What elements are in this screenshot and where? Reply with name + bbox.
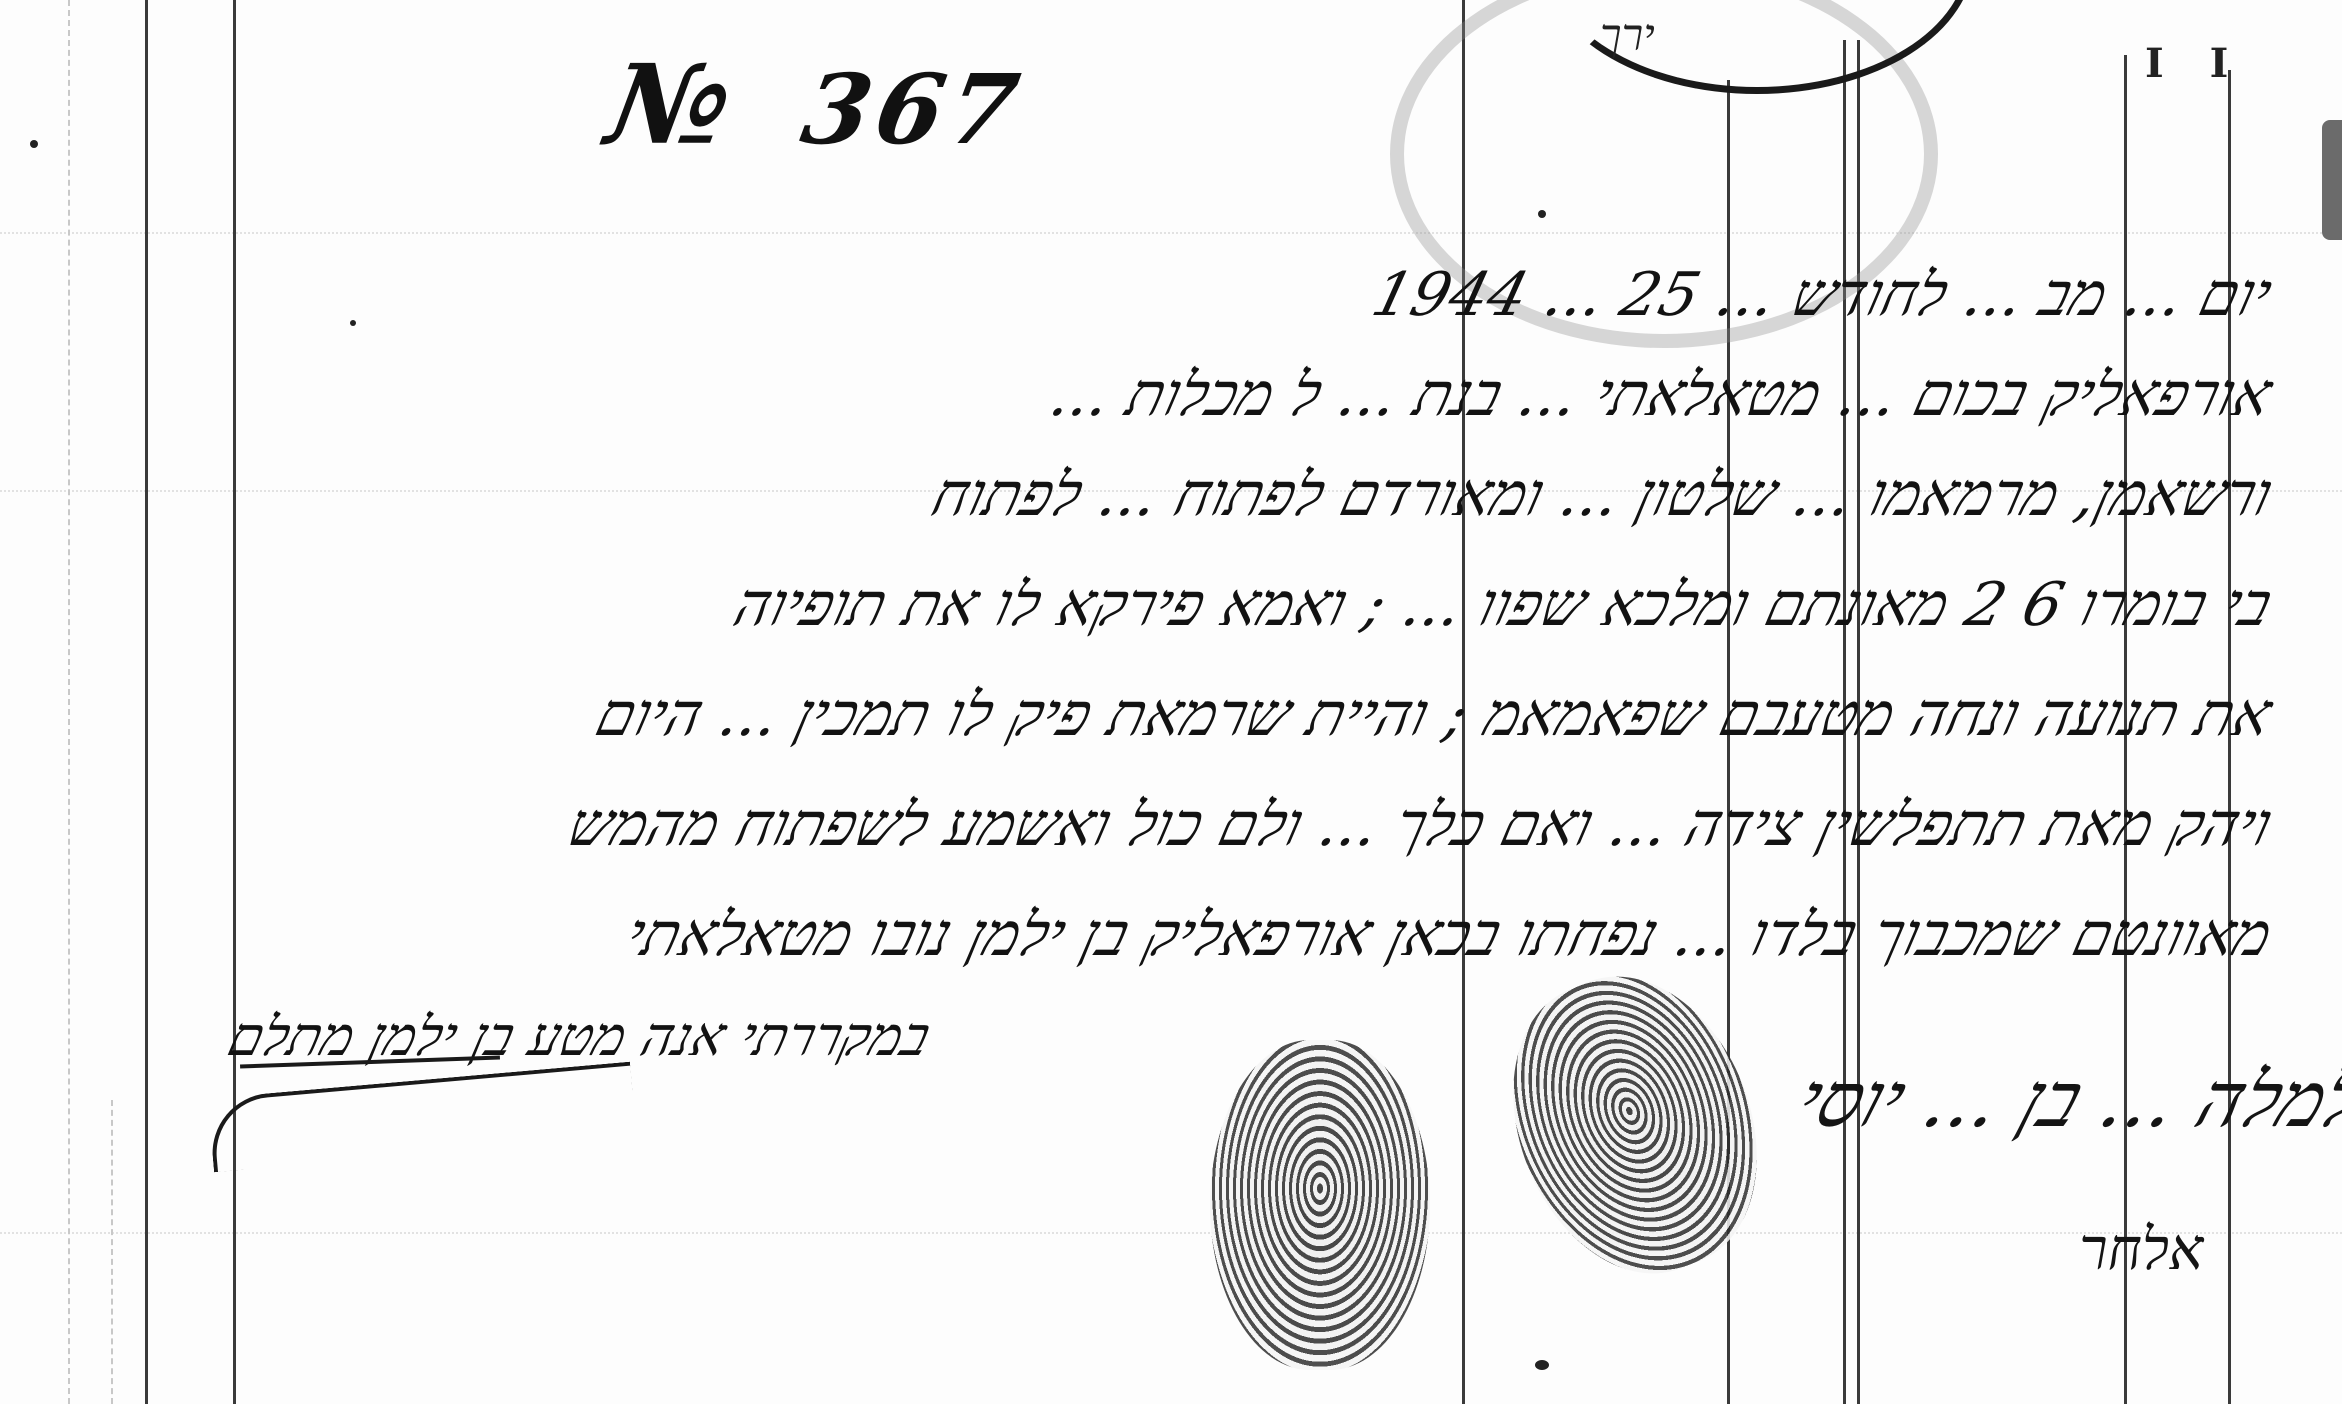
number-value: 367	[794, 53, 1032, 166]
text-line-7: מאוונטם שמכבוך בלדו ... נפחתו בכאן אורפא…	[617, 890, 2282, 980]
corner-mark: I I	[2145, 40, 2244, 87]
grid-line	[0, 1232, 2342, 1234]
ruling-line-faint	[111, 1100, 113, 1404]
closing-line: במקררתי אנה מטע בן ילמן מתלם	[222, 1005, 936, 1068]
ink-speck	[1535, 1360, 1549, 1370]
text-line-1: יום ... מב ... לחודש ... 25 ... 1944	[1363, 250, 2281, 340]
document-page: ירך I I № 367 יום ... מב ... לחודש ... 2…	[0, 0, 2342, 1404]
fingerprint-left	[1210, 1040, 1430, 1370]
flourish	[208, 1062, 637, 1173]
ruling-line	[233, 0, 236, 1404]
number-sign: №	[599, 40, 747, 169]
ruling-line-faint	[68, 0, 70, 1404]
fingerprint-right	[1472, 943, 1798, 1307]
grid-line	[0, 232, 2342, 234]
text-line-4: בי בומרו 6 2 מאונתם ומלכא שפוו ... ; ואמ…	[725, 560, 2281, 650]
ink-speck	[30, 140, 38, 148]
text-line-6: ויהק מאת תתפלשין צידה ... ואם כלך ... ול…	[559, 780, 2282, 870]
text-line-2: אורפאליק בכום ... מטאלאתי ... בנת ... ל …	[1041, 350, 2281, 440]
torn-edge	[2322, 120, 2342, 240]
text-line-3: ורשאמן, מרמאמו ... שלטון ... ומאורדם לפת…	[922, 450, 2281, 540]
signature-subscript: אלחר	[2074, 1215, 2211, 1283]
ink-speck	[1538, 210, 1546, 218]
document-number: № 367	[599, 40, 1035, 169]
ruling-line	[145, 0, 148, 1404]
stamp-text: ירך	[1600, 10, 1655, 61]
ink-speck	[350, 320, 356, 326]
signature: אלמלה ... בן ... יוסי	[1785, 1055, 2342, 1145]
text-line-5: את תנועה ונחה מטעבם שפאמאמ ; והיית שרמאת…	[587, 670, 2281, 760]
